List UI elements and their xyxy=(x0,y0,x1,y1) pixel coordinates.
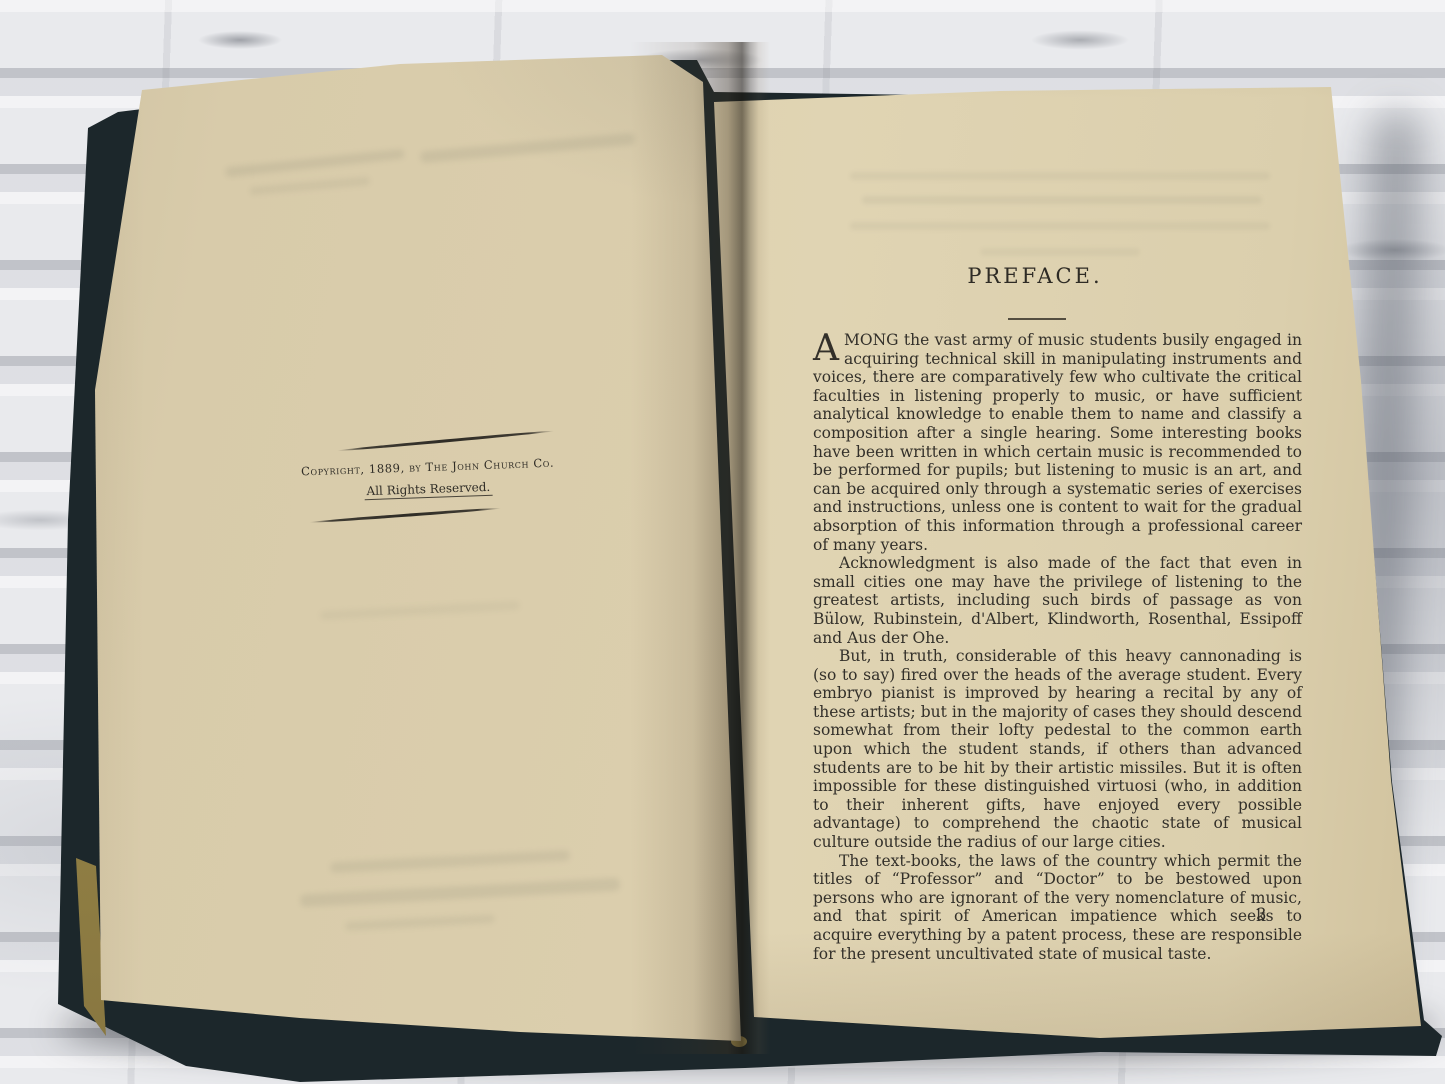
preface-paragraph: But, in truth, considerable of this heav… xyxy=(813,647,1302,852)
drop-cap: A xyxy=(813,331,844,364)
show-through-smudge xyxy=(345,914,495,931)
show-through-smudge xyxy=(850,172,1270,180)
show-through-smudge xyxy=(225,149,405,178)
show-through-smudge xyxy=(980,248,1140,256)
preface-paragraph: The text-books, the laws of the country … xyxy=(813,852,1302,964)
preface-heading: PREFACE. xyxy=(790,264,1280,288)
heading-rule xyxy=(1008,318,1066,320)
preface-paragraph: AMONG the vast army of music students bu… xyxy=(813,331,1302,554)
copyright-line: Copyright, 1889, by The John Church Co. xyxy=(295,455,559,478)
decorative-rule-top xyxy=(337,429,554,452)
show-through-smudge xyxy=(250,177,370,195)
decorative-rule-bottom xyxy=(309,507,501,524)
show-through-smudge xyxy=(850,222,1270,230)
show-through-smudge xyxy=(862,196,1262,204)
copyright-block: Copyright, 1889, by The John Church Co. … xyxy=(295,435,561,520)
show-through-smudge xyxy=(300,878,620,908)
show-through-smudge xyxy=(330,850,570,874)
rights-line: All Rights Reserved. xyxy=(296,477,560,500)
page-number: 3 xyxy=(1256,905,1267,924)
rights-line-text: All Rights Reserved. xyxy=(364,480,492,500)
show-through-smudge xyxy=(320,601,520,620)
preface-text: AMONG the vast army of music students bu… xyxy=(813,331,1302,963)
preface-paragraph: Acknowledgment is also made of the fact … xyxy=(813,554,1302,647)
book-photo-scene: Copyright, 1889, by The John Church Co. … xyxy=(0,0,1445,1084)
show-through-smudge xyxy=(420,133,635,164)
